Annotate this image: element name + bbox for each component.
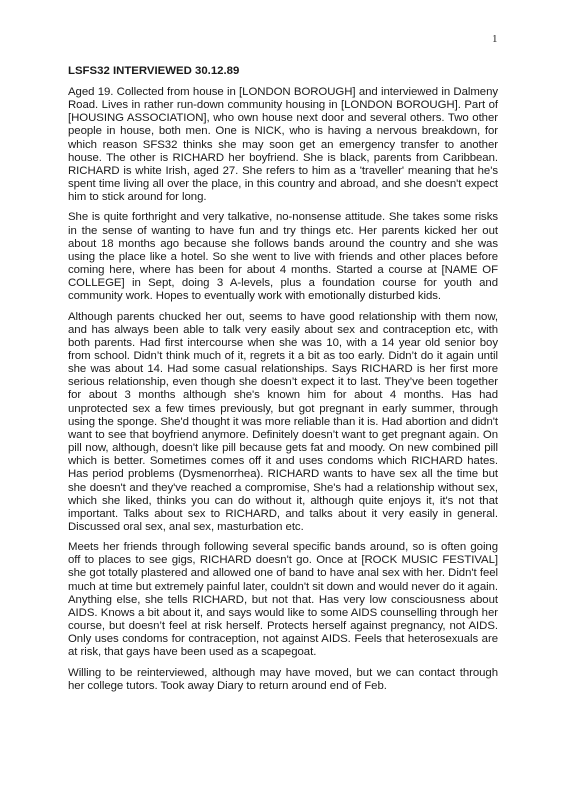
interview-heading: LSFS32 INTERVIEWED 30.12.89 [68, 65, 498, 78]
paragraph-personality: She is quite forthright and very talkati… [68, 211, 498, 303]
paragraph-relationships: Although parents chucked her out, seems … [68, 311, 498, 535]
paragraph-follow-up: Willing to be reinterviewed, although ma… [68, 667, 498, 693]
document-page: 1 LSFS32 INTERVIEWED 30.12.89 Aged 19. C… [0, 0, 566, 800]
document-body: LSFS32 INTERVIEWED 30.12.89 Aged 19. Col… [68, 65, 498, 700]
page-number: 1 [492, 33, 498, 45]
paragraph-background: Aged 19. Collected from house in [LONDON… [68, 86, 498, 204]
paragraph-social-life: Meets her friends through following seve… [68, 541, 498, 659]
